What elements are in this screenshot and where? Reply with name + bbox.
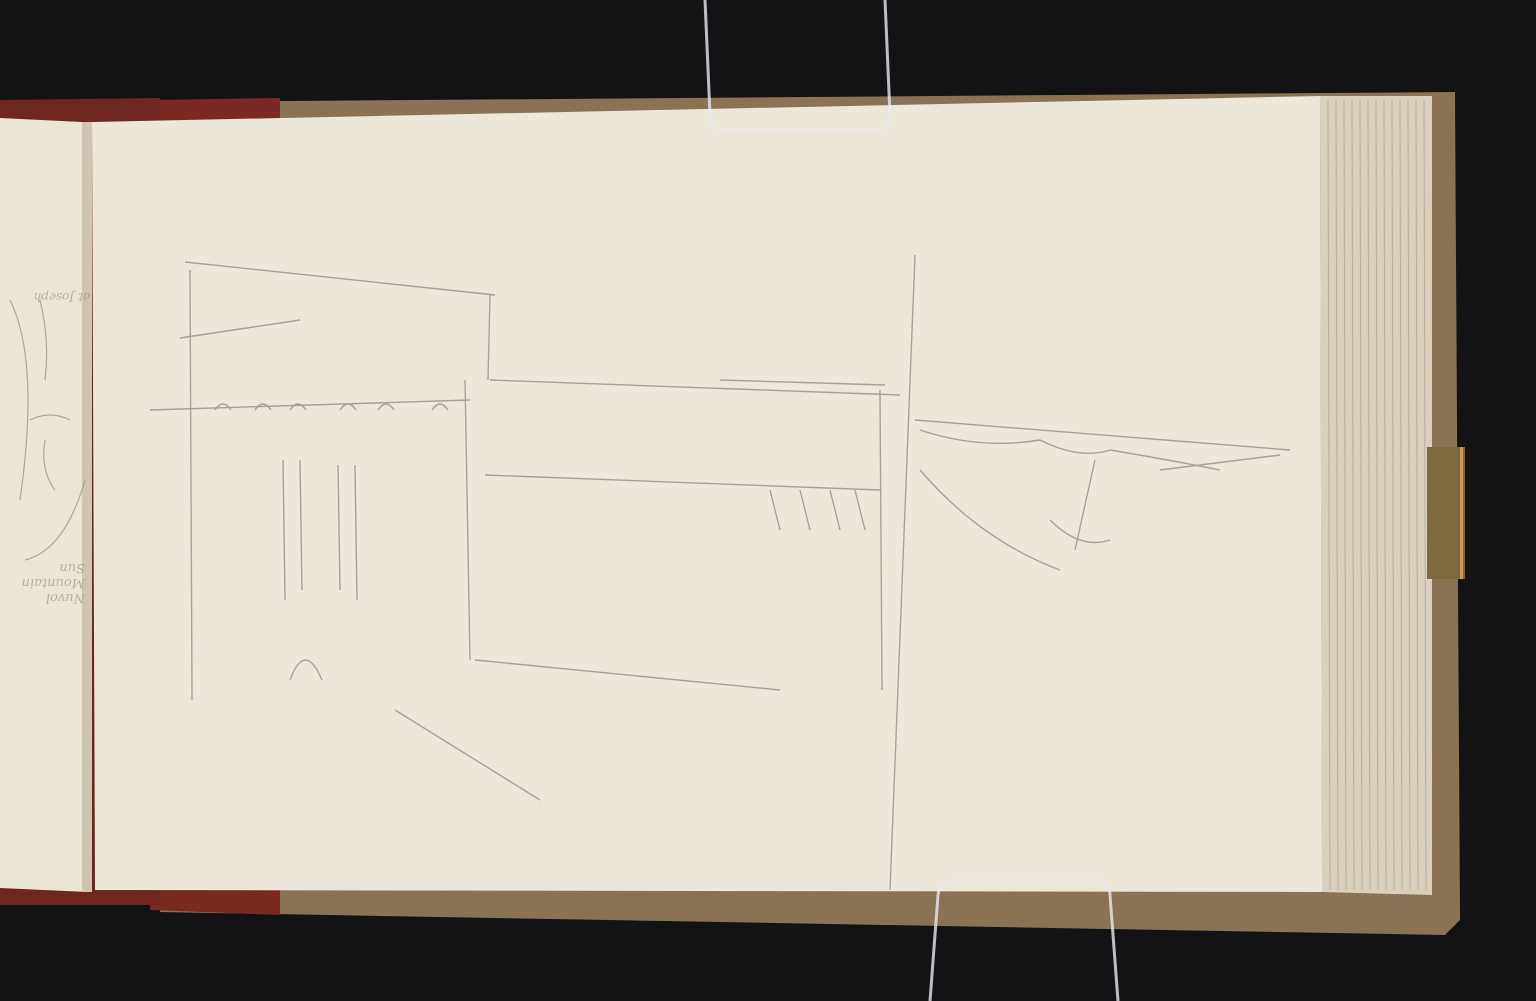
handwriting-notes-top: at Joseph: [30, 290, 90, 304]
handwriting-line: at Joseph: [30, 290, 90, 304]
brass-clasp: [1427, 447, 1465, 579]
handwriting-line: Mountain: [0, 575, 85, 590]
page-edges: [1320, 96, 1432, 895]
handwriting-notes: Nuvol Mountain Sun: [0, 560, 85, 605]
right-page: [92, 96, 1322, 892]
handwriting-line: Sun: [0, 560, 85, 575]
sketchbook-illustration: [0, 0, 1536, 1001]
handwriting-line: Nuvol: [0, 590, 85, 605]
sketchbook-photo: [0, 0, 1536, 1001]
left-page: [0, 118, 88, 892]
